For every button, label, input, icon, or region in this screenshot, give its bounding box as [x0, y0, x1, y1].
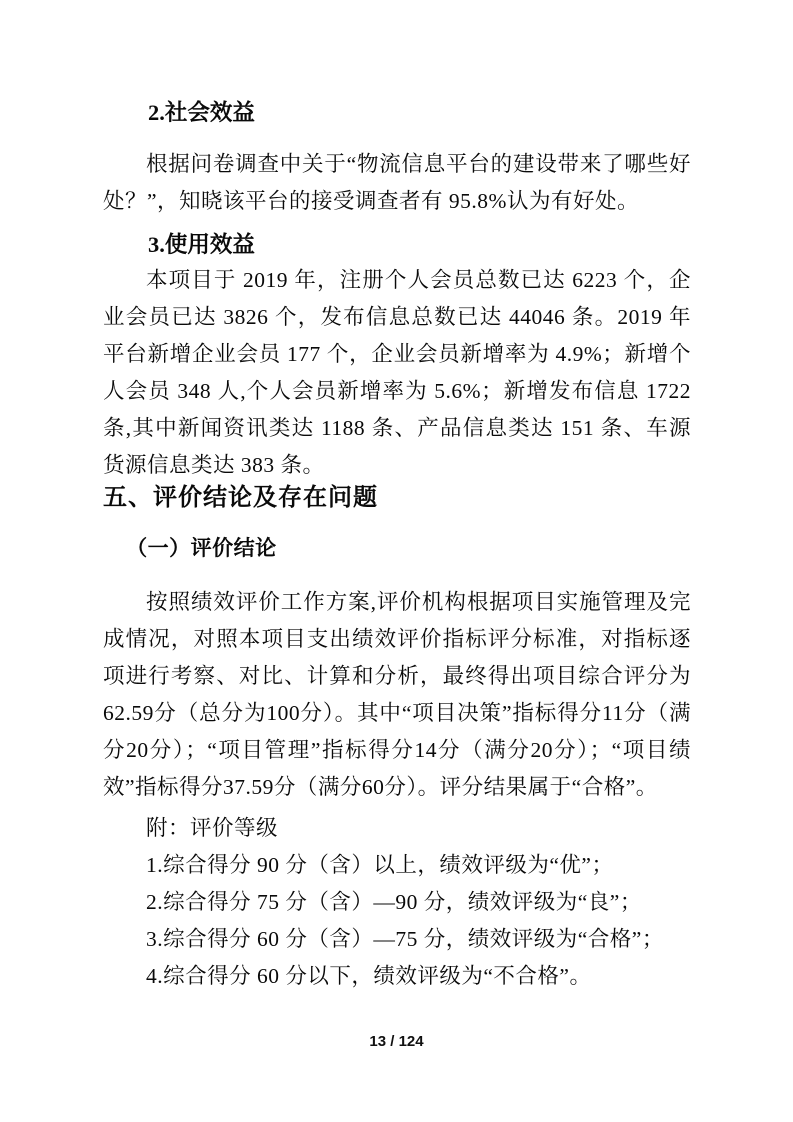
para-evaluation-conclusion: 按照绩效评价工作方案,评价机构根据项目实施管理及完成情况，对照本项目支出绩效评价… — [103, 584, 691, 806]
section-title-conclusions-and-problems: 五、评价结论及存在问题 — [103, 482, 691, 514]
grade-item-qualified: 3.综合得分 60 分（含）—75 分，绩效评级为“合格”； — [103, 921, 691, 958]
document-page: 2.社会效益 根据问卷调查中关于“物流信息平台的建设带来了哪些好处？”，知晓该平… — [0, 0, 793, 1122]
grade-item-unqualified: 4.综合得分 60 分以下，绩效评级为“不合格”。 — [103, 958, 691, 995]
heading-social-benefit: 2.社会效益 — [103, 96, 691, 130]
note-grade-legend-label: 附：评价等级 — [103, 810, 691, 847]
para-usage-benefit: 本项目于 2019 年，注册个人会员总数已达 6223 个，企业会员已达 382… — [103, 262, 691, 484]
page-content: 2.社会效益 根据问卷调查中关于“物流信息平台的建设带来了哪些好处？”，知晓该平… — [103, 0, 691, 995]
subsection-title-evaluation-conclusion: （一）评价结论 — [103, 534, 691, 564]
heading-usage-benefit: 3.使用效益 — [103, 228, 691, 262]
page-number: 13 / 124 — [0, 1033, 793, 1050]
para-social-benefit: 根据问卷调查中关于“物流信息平台的建设带来了哪些好处？”，知晓该平台的接受调查者… — [103, 146, 691, 220]
grade-item-good: 2.综合得分 75 分（含）—90 分，绩效评级为“良”； — [103, 884, 691, 921]
grade-item-excellent: 1.综合得分 90 分（含）以上，绩效评级为“优”； — [103, 847, 691, 884]
